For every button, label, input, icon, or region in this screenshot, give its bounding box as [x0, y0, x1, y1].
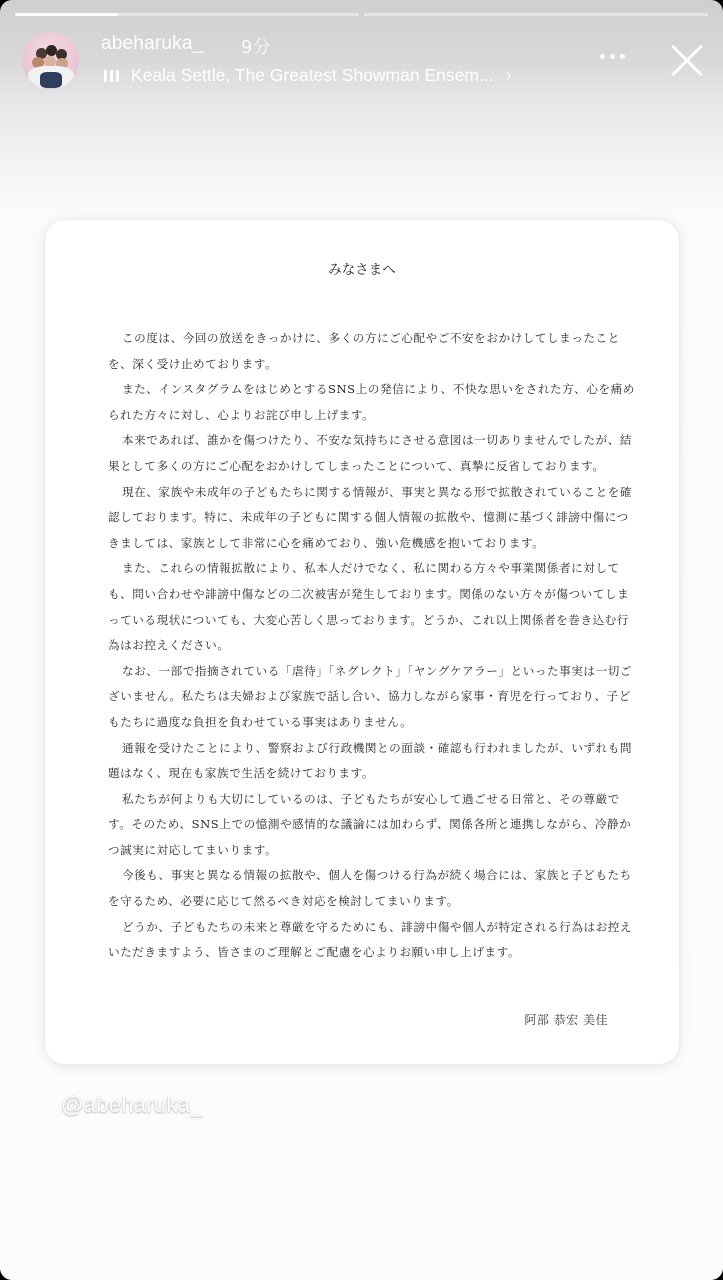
- letter-paragraph: また、これらの情報拡散により、私本人だけでなく、私に関わる方々や事業関係者に対し…: [108, 556, 638, 658]
- letter-body: この度は、今回の放送をきっかけに、多くの方にご心配やご不安をおかけしてしまったこ…: [108, 326, 638, 966]
- story-viewer: abeharuka_ 9分 Keala Settle, The Greatest…: [0, 0, 723, 1280]
- letter-paragraph: また、インスタグラムをはじめとするSNS上の発信により、不快な思いをされた方、心…: [108, 377, 638, 428]
- story-header: abeharuka_ 9分 Keala Settle, The Greatest…: [0, 30, 723, 92]
- avatar[interactable]: [22, 32, 79, 89]
- music-attribution[interactable]: Keala Settle, The Greatest Showman Ensem…: [104, 65, 512, 86]
- letter-paragraph: どうか、子どもたちの未来と尊厳を守るためにも、誹謗中傷や個人が特定される行為はお…: [108, 915, 638, 966]
- letter-salutation: みなさまへ: [45, 258, 679, 278]
- letter-card: みなさまへ この度は、今回の放送をきっかけに、多くの方にご心配やご不安をおかけし…: [45, 220, 679, 1064]
- letter-paragraph: なお、一部で指摘されている「虐待」「ネグレクト」「ヤングケアラー」といった事実は…: [108, 659, 638, 736]
- mention-sticker[interactable]: @abeharuka_: [61, 1092, 203, 1118]
- letter-paragraph: 現在、家族や未成年の子どもたちに関する情報が、事実と異なる形で拡散されていること…: [108, 480, 638, 557]
- letter-paragraph: この度は、今回の放送をきっかけに、多くの方にご心配やご不安をおかけしてしまったこ…: [108, 326, 638, 377]
- username[interactable]: abeharuka_: [101, 33, 203, 55]
- letter-paragraph: 私たちが何よりも大切にしているのは、子どもたちが安心して過ごせる日常と、その尊厳…: [108, 787, 638, 864]
- letter-paragraph: 通報を受けたことにより、警察および行政機関との面談・確認も行われましたが、いずれ…: [108, 736, 638, 787]
- progress-segment-1: [15, 13, 359, 16]
- letter-paragraph: 本来であれば、誰かを傷つけたり、不安な気持ちにさせる意図は一切ありませんでしたが…: [108, 428, 638, 479]
- time-ago: 9分: [241, 33, 270, 59]
- progress-segment-2: [364, 13, 708, 16]
- chevron-right-icon: ›: [506, 65, 512, 86]
- equalizer-bars-icon: [104, 69, 119, 82]
- close-button[interactable]: [668, 42, 706, 80]
- music-label: Keala Settle, The Greatest Showman Ensem…: [131, 65, 494, 86]
- letter-paragraph: 今後も、事実と異なる情報の拡散や、個人を傷つける行為が続く場合には、家族と子ども…: [108, 863, 638, 914]
- more-options-button[interactable]: [600, 54, 625, 59]
- story-progress: [15, 13, 708, 17]
- letter-signature: 阿部 恭宏 美佳: [524, 1011, 608, 1028]
- ellipsis-icon: [600, 54, 605, 59]
